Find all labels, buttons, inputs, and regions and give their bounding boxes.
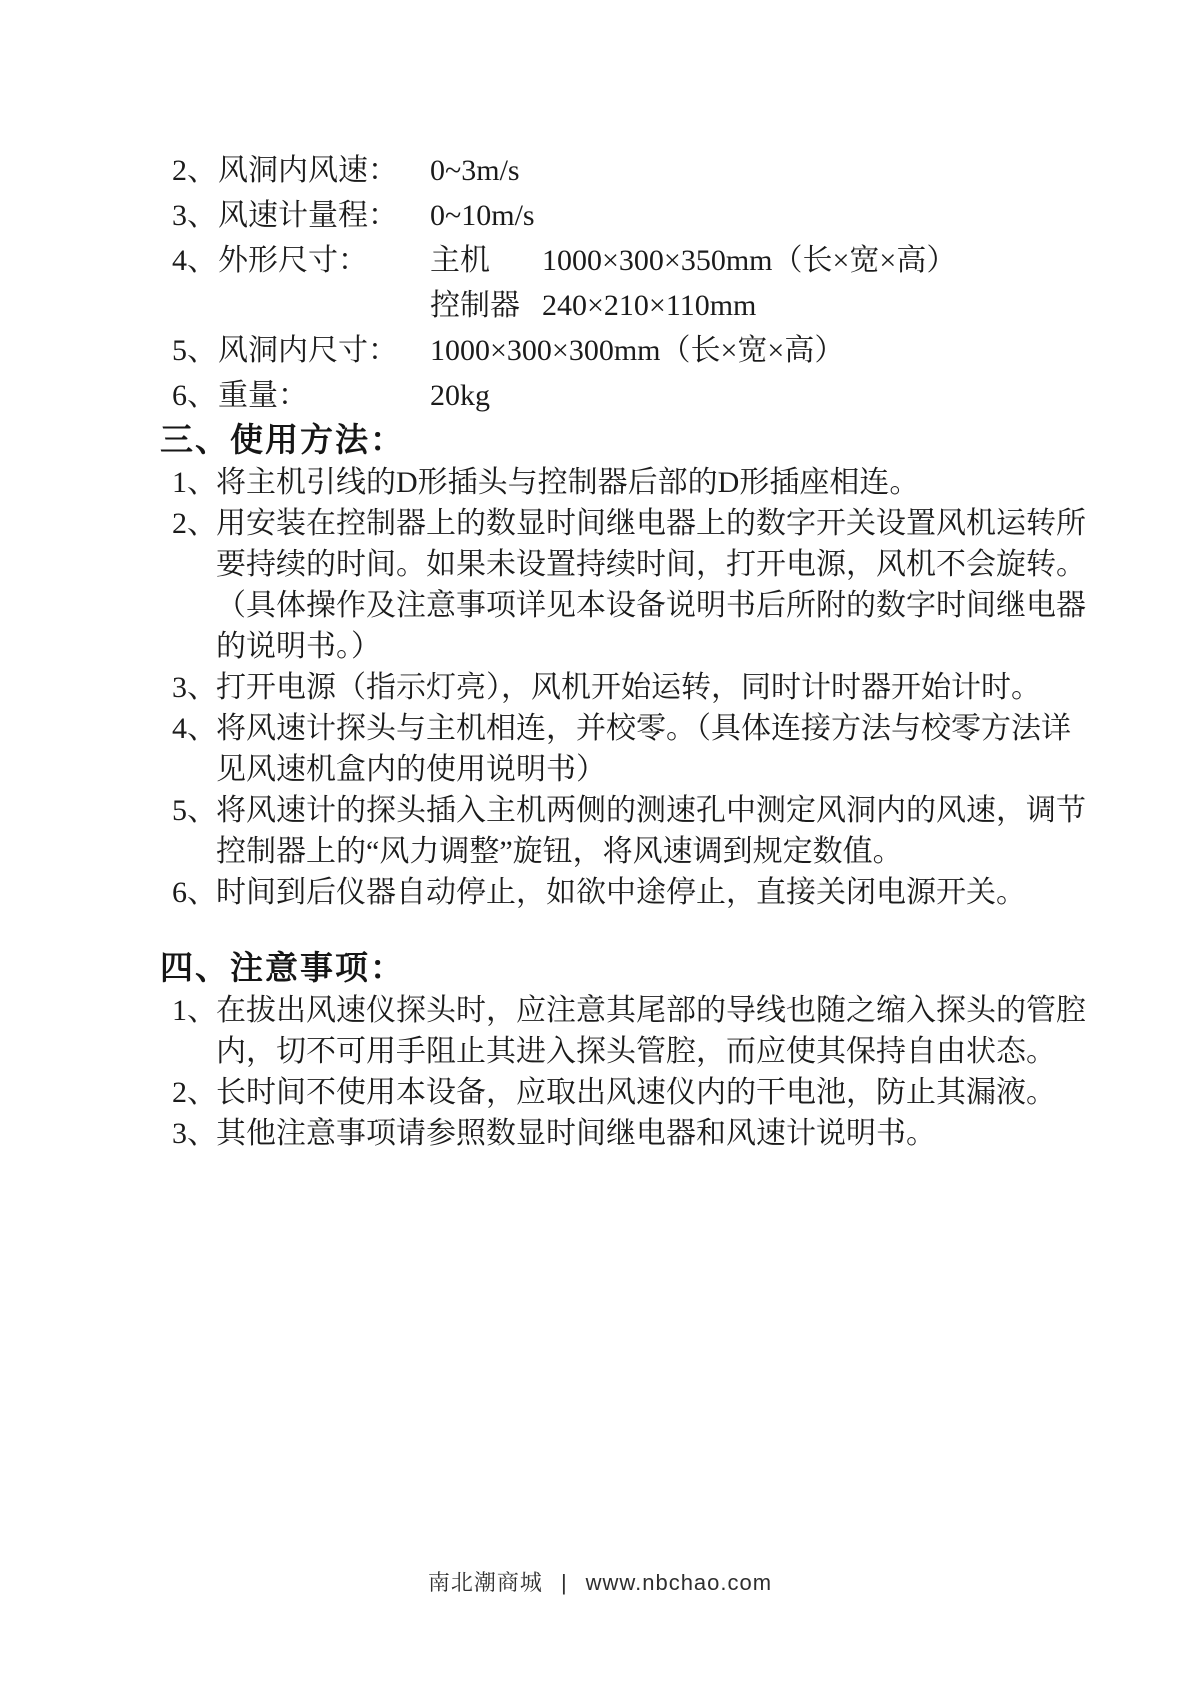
spec-label: 风洞内尺寸：: [218, 328, 430, 373]
item-line: 时间到后仪器自动停止，如欲中途停止，直接关闭电源开关。: [216, 872, 1082, 913]
item-line: 其他注意事项请参照数显时间继电器和风速计说明书。: [216, 1113, 1082, 1154]
footer-separator: |: [561, 1570, 568, 1596]
spec-value: 20kg: [430, 373, 490, 418]
item-line: 用安装在控制器上的数显时间继电器上的数字开关设置风机运转所: [216, 503, 1082, 544]
list-item: 2、 用安装在控制器上的数显时间继电器上的数字开关设置风机运转所 要持续的时间。…: [172, 503, 1100, 667]
spec-value: 控制器240×210×110mm: [430, 283, 756, 328]
item-line: 打开电源（指示灯亮），风机开始运转，同时计时器开始计时。: [216, 667, 1082, 708]
item-line: 的说明书。）: [216, 626, 1082, 667]
usage-list: 1、 将主机引线的D形插头与控制器后部的D形插座相连。 2、 用安装在控制器上的…: [160, 462, 1100, 913]
item-number: 5、: [172, 790, 216, 872]
spec-dimensions: 1000×300×350mm（长×宽×高）: [542, 244, 956, 277]
item-line: 内，切不可用手阻止其进入探头管腔，而应使其保持自由状态。: [216, 1031, 1082, 1072]
spec-row: 5、 风洞内尺寸： 1000×300×300mm（长×宽×高）: [172, 328, 1100, 373]
spec-value: 0~10m/s: [430, 193, 535, 238]
item-line: 将风速计的探头插入主机两侧的测速孔中测定风洞内的风速，调节: [216, 790, 1082, 831]
item-line: 将风速计探头与主机相连，并校零。（具体连接方法与校零方法详: [216, 708, 1082, 749]
item-line: 将主机引线的D形插头与控制器后部的D形插座相连。: [216, 462, 1082, 503]
list-item: 1、 在拔出风速仪探头时，应注意其尾部的导线也随之缩入探头的管腔 内，切不可用手…: [172, 990, 1100, 1072]
list-item: 1、 将主机引线的D形插头与控制器后部的D形插座相连。: [172, 462, 1100, 503]
notes-list: 1、 在拔出风速仪探头时，应注意其尾部的导线也随之缩入探头的管腔 内，切不可用手…: [160, 990, 1100, 1154]
section-heading-usage: 三、使用方法：: [160, 418, 1100, 462]
spec-label: 风洞内风速：: [218, 148, 430, 193]
spec-sub-label: 主机: [430, 238, 542, 283]
item-number: 3、: [172, 667, 216, 708]
list-item: 3、 打开电源（指示灯亮），风机开始运转，同时计时器开始计时。: [172, 667, 1100, 708]
footer-url: www.nbchao.com: [586, 1570, 772, 1595]
spec-number: 2、: [172, 148, 218, 193]
spec-number: 3、: [172, 193, 218, 238]
item-line: 长时间不使用本设备，应取出风速仪内的干电池，防止其漏液。: [216, 1072, 1082, 1113]
spec-dimensions: 240×210×110mm: [542, 289, 756, 322]
spec-label: 风速计量程：: [218, 193, 430, 238]
spec-list: 2、 风洞内风速： 0~3m/s 3、 风速计量程： 0~10m/s 4、 外形…: [160, 148, 1100, 418]
spec-row: 4、 外形尺寸： 主机1000×300×350mm（长×宽×高）: [172, 238, 1100, 283]
item-line: 见风速机盒内的使用说明书）: [216, 749, 1082, 790]
item-number: 6、: [172, 872, 216, 913]
page-footer: 南北潮商城|www.nbchao.com: [0, 1566, 1200, 1597]
list-item: 2、 长时间不使用本设备，应取出风速仪内的干电池，防止其漏液。: [172, 1072, 1100, 1113]
spec-number: 5、: [172, 328, 218, 373]
spec-row: 2、 风洞内风速： 0~3m/s: [172, 148, 1100, 193]
spec-label: 外形尺寸：: [218, 238, 430, 283]
list-item: 5、 将风速计的探头插入主机两侧的测速孔中测定风洞内的风速，调节 控制器上的“风…: [172, 790, 1100, 872]
list-item: 6、 时间到后仪器自动停止，如欲中途停止，直接关闭电源开关。: [172, 872, 1100, 913]
item-number: 2、: [172, 1072, 216, 1113]
spec-row: 3、 风速计量程： 0~10m/s: [172, 193, 1100, 238]
spec-number: 6、: [172, 373, 218, 418]
page-content: 2、 风洞内风速： 0~3m/s 3、 风速计量程： 0~10m/s 4、 外形…: [160, 148, 1100, 1154]
spec-value: 0~3m/s: [430, 148, 520, 193]
document-page: 2、 风洞内风速： 0~3m/s 3、 风速计量程： 0~10m/s 4、 外形…: [0, 0, 1200, 1697]
item-line: （具体操作及注意事项详见本设备说明书后所附的数字时间继电器: [216, 585, 1082, 626]
list-item: 3、 其他注意事项请参照数显时间继电器和风速计说明书。: [172, 1113, 1100, 1154]
spec-sub-label: 控制器: [430, 283, 542, 328]
item-line: 要持续的时间。如果未设置持续时间，打开电源，风机不会旋转。: [216, 544, 1082, 585]
list-item: 4、 将风速计探头与主机相连，并校零。（具体连接方法与校零方法详 见风速机盒内的…: [172, 708, 1100, 790]
item-number: 2、: [172, 503, 216, 667]
spec-number: [172, 283, 218, 328]
item-number: 1、: [172, 462, 216, 503]
item-number: 4、: [172, 708, 216, 790]
spec-label: [218, 283, 430, 328]
footer-site-name: 南北潮商城: [428, 1570, 543, 1595]
section-heading-notes: 四、注意事项：: [160, 946, 1100, 990]
spec-row: 控制器240×210×110mm: [172, 283, 1100, 328]
spec-value: 1000×300×300mm（长×宽×高）: [430, 328, 844, 373]
spec-value: 主机1000×300×350mm（长×宽×高）: [430, 238, 956, 283]
spec-number: 4、: [172, 238, 218, 283]
item-line: 在拔出风速仪探头时，应注意其尾部的导线也随之缩入探头的管腔: [216, 990, 1082, 1031]
spec-row: 6、 重量： 20kg: [172, 373, 1100, 418]
spec-label: 重量：: [218, 373, 430, 418]
item-number: 3、: [172, 1113, 216, 1154]
item-line: 控制器上的“风力调整”旋钮，将风速调到规定数值。: [216, 831, 1082, 872]
item-number: 1、: [172, 990, 216, 1072]
